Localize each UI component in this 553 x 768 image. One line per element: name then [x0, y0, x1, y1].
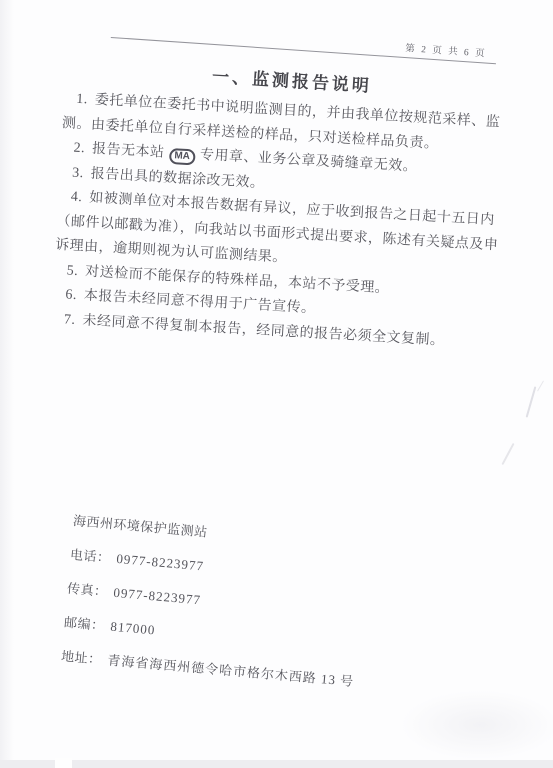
- address-label: 地址：: [61, 648, 103, 666]
- item-number: 1.: [76, 92, 88, 108]
- page-title: 一、监测报告说明: [211, 62, 372, 97]
- scan-artifact-blotch: [400, 690, 553, 760]
- scan-bottom-notch: [55, 758, 72, 768]
- postcode-label: 邮编：: [64, 615, 106, 633]
- item-number: 5.: [66, 263, 78, 279]
- page-header: 第 2 页 共 6 页: [111, 20, 497, 64]
- postcode-value: 817000: [110, 619, 156, 638]
- fax-value: 0977-8223977: [113, 585, 202, 608]
- scan-left-edge-shadow: [0, 0, 14, 768]
- address-value: 青海省海西州德令哈市格尔木西路 13 号: [107, 653, 355, 690]
- item-number: 4.: [70, 190, 82, 206]
- item-text: 报告无本站: [92, 142, 165, 161]
- scan-artifact-mark: [526, 386, 537, 417]
- item-number: 6.: [65, 287, 77, 303]
- phone-value: 0977-8223977: [116, 551, 205, 574]
- scan-artifact-mark: [537, 381, 544, 392]
- scan-bottom-edge: [0, 760, 553, 768]
- phone-label: 电话：: [69, 547, 111, 565]
- item-number: 3.: [72, 165, 84, 181]
- fax-label: 传真：: [67, 581, 109, 599]
- cma-accreditation-mark-icon: MA: [169, 148, 195, 165]
- scan-artifact-mark: [501, 443, 514, 465]
- item-number: 7.: [64, 312, 76, 328]
- report-notes-list: 1.委托单位在委托书中说明监测目的，并由我单位按规范采样、监测。由委托单位自行采…: [50, 87, 508, 356]
- item-number: 2.: [73, 141, 85, 157]
- contact-footer: 海西州环境保护监测站 电话：0977-8223977 传真：0977-82239…: [59, 510, 432, 711]
- scanned-report-page: 第 2 页 共 6 页 一、监测报告说明 1.委托单位在委托书中说明监测目的，并…: [0, 0, 553, 768]
